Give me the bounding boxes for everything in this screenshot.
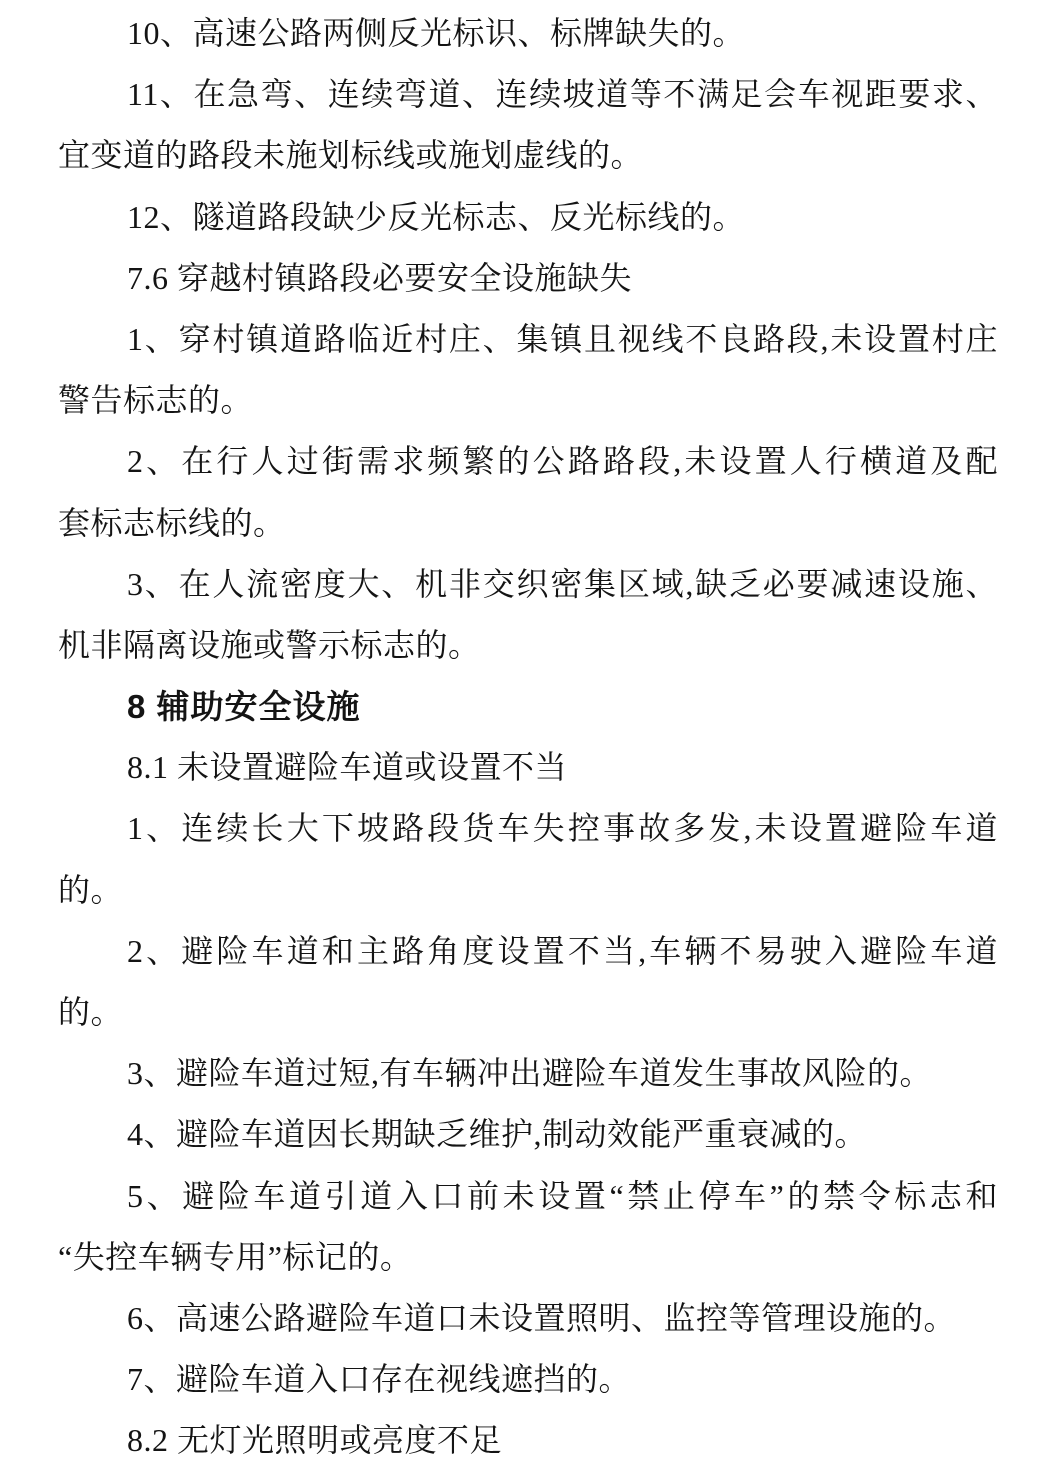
text-line: 机非隔离设施或警示标志的。 [58,615,998,676]
text-line: 3、在人流密度大、机非交织密集区域,缺乏必要减速设施、 [58,554,998,615]
text-line: 的。 [58,982,998,1043]
text-line: 7、避险车道入口存在视线遮挡的。 [58,1349,998,1410]
text-line: 警告标志的。 [58,370,998,431]
document-page: 10、高速公路两侧反光标识、标牌缺失的。11、在急弯、连续弯道、连续坡道等不满足… [0,0,1058,1483]
text-line: 2、避险车道和主路角度设置不当,车辆不易驶入避险车道 [58,921,998,982]
text-line: 1、连续长大下坡路段货车失控事故多发,未设置避险车道 [58,798,998,859]
text-line: 6、高速公路避险车道口未设置照明、监控等管理设施的。 [58,1288,998,1349]
text-line: 10、高速公路两侧反光标识、标牌缺失的。 [58,3,998,64]
section-heading: 8 辅助安全设施 [58,676,998,737]
text-line: 11、在急弯、连续弯道、连续坡道等不满足会车视距要求、不 [58,64,998,125]
text-line: 宜变道的路段未施划标线或施划虚线的。 [58,125,998,186]
text-line: 3、避险车道过短,有车辆冲出避险车道发生事故风险的。 [58,1043,998,1104]
text-line: 套标志标线的。 [58,493,998,554]
text-line: 1、穿村镇道路临近村庄、集镇且视线不良路段,未设置村庄 [58,309,998,370]
text-line: 的。 [58,860,998,921]
text-line: 12、隧道路段缺少反光标志、反光标线的。 [58,187,998,248]
text-line: 5、避险车道引道入口前未设置“禁止停车”的禁令标志和 [58,1166,998,1227]
subsection-heading: 8.2 无灯光照明或亮度不足 [58,1410,998,1471]
text-line: 4、避险车道因长期缺乏维护,制动效能严重衰减的。 [58,1104,998,1165]
text-line: 2、在行人过街需求频繁的公路路段,未设置人行横道及配 [58,431,998,492]
subsection-heading: 8.1 未设置避险车道或设置不当 [58,737,998,798]
subsection-heading: 7.6 穿越村镇路段必要安全设施缺失 [58,248,998,309]
page-content: 10、高速公路两侧反光标识、标牌缺失的。11、在急弯、连续弯道、连续坡道等不满足… [58,3,998,1472]
text-line: “失控车辆专用”标记的。 [58,1227,998,1288]
